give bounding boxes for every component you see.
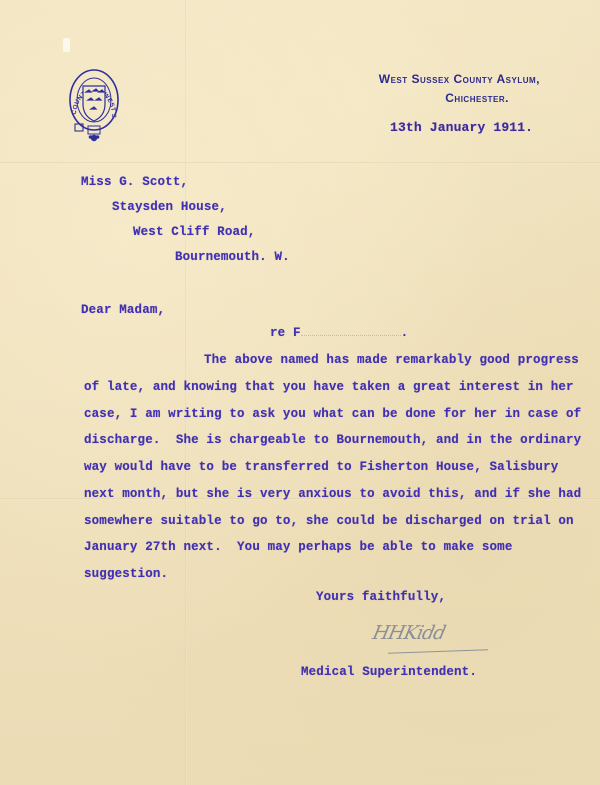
- body-line: suggestion.: [84, 567, 168, 581]
- institution-name: West Sussex County Asylum,: [379, 72, 540, 86]
- reference-prefix: re F: [270, 326, 301, 340]
- signature-underline: [388, 649, 488, 653]
- letter-page: COUNTY OF WEST SUSSEX West Sussex County…: [0, 0, 600, 785]
- recipient-address-line-1: Staysden House,: [112, 200, 227, 214]
- institution-town: Chichester.: [379, 91, 540, 105]
- letterhead: West Sussex County Asylum, Chichester.: [379, 72, 540, 105]
- signatory-title: Medical Superintendent.: [301, 665, 477, 679]
- body-line: January 27th next. You may perhaps be ab…: [84, 540, 512, 554]
- reference-line: re F.: [270, 326, 408, 340]
- recipient-address-line-2: West Cliff Road,: [133, 225, 255, 239]
- body-line: case, I am writing to ask you what can b…: [84, 407, 581, 421]
- body-line: The above named has made remarkably good…: [204, 353, 579, 367]
- salutation: Dear Madam,: [81, 303, 165, 317]
- reference-suffix: .: [401, 326, 409, 340]
- letter-date: 13th January 1911.: [390, 120, 533, 135]
- body-line: discharge. She is chargeable to Bournemo…: [84, 433, 581, 447]
- pin-hole-mark: [63, 38, 70, 52]
- recipient-address-line-3: Bournemouth. W.: [175, 250, 290, 264]
- county-crest-icon: COUNTY OF WEST SUSSEX: [66, 66, 122, 144]
- body-line: of late, and knowing that you have taken…: [84, 380, 574, 394]
- recipient-name: Miss G. Scott,: [81, 175, 188, 189]
- body-line: next month, but she is very anxious to a…: [84, 487, 581, 501]
- body-line: somewhere suitable to go to, she could b…: [84, 514, 574, 528]
- redacted-name: [301, 334, 401, 336]
- paper-fold-line: [0, 162, 600, 164]
- handwritten-signature: HHKidd: [371, 622, 447, 644]
- closing: Yours faithfully,: [316, 590, 446, 604]
- body-line: way would have to be transferred to Fish…: [84, 460, 558, 474]
